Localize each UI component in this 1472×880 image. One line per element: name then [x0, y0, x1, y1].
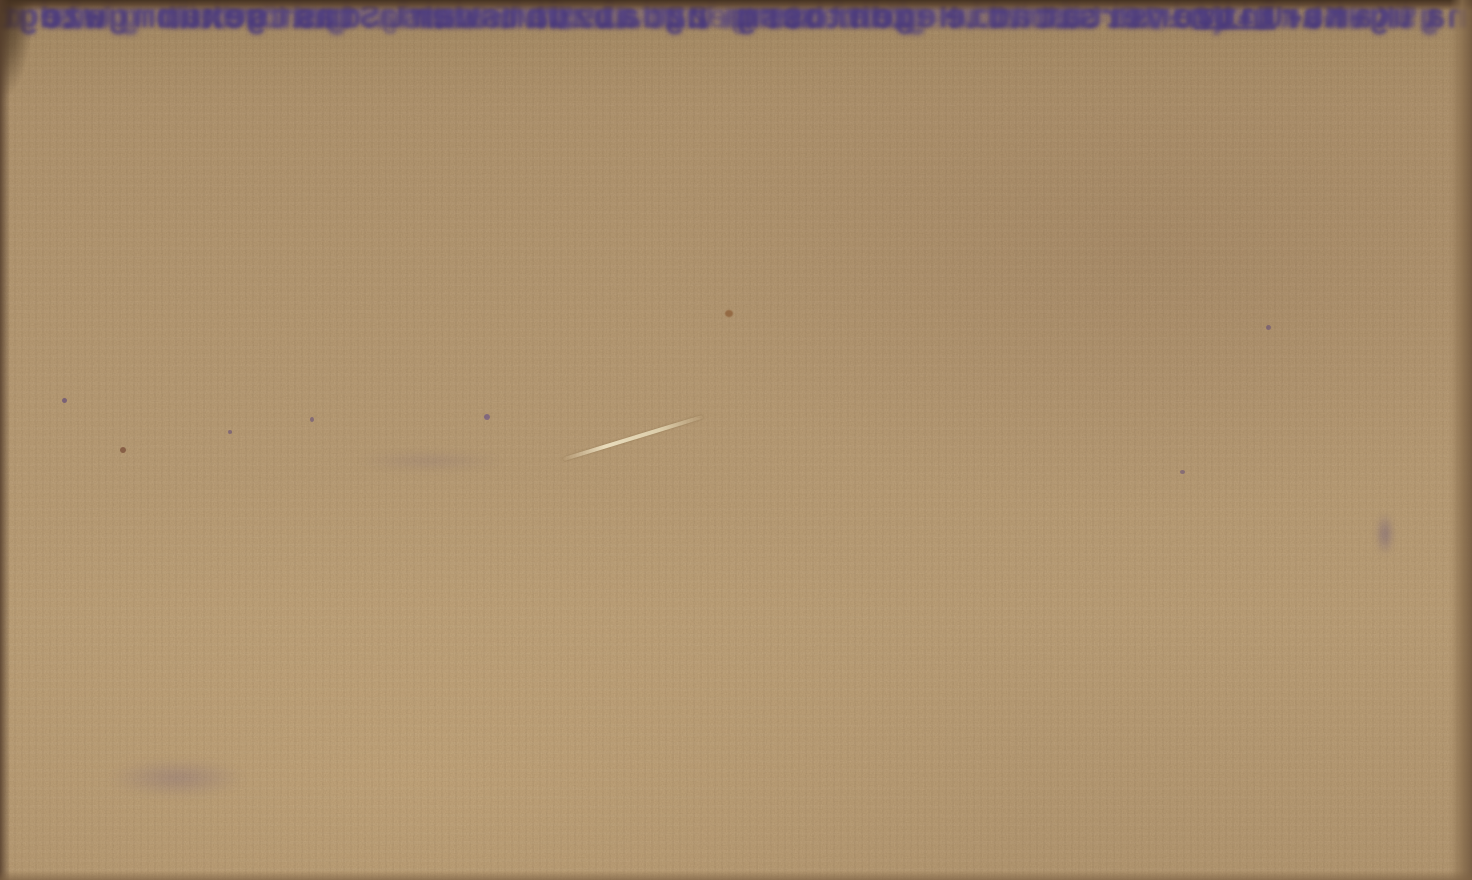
paper-fleck	[228, 430, 232, 434]
worn-edge-bottom	[0, 871, 1472, 880]
paper-texture	[0, 0, 1472, 880]
paper-fleck	[120, 447, 126, 453]
paper-fleck	[310, 417, 314, 422]
ink-smudge	[1372, 505, 1398, 563]
bleedthrough-text-line-9: 24/95 65	[280, 0, 580, 30]
paper-fleck	[484, 414, 490, 420]
bleedthrough-fragment-bottom-right: de	[1325, 0, 1395, 27]
ink-smudge	[85, 752, 270, 804]
paper-fleck	[62, 398, 67, 403]
scanned-paper-card: { "scan": { "description_tokens": ["Karl…	[0, 0, 1472, 880]
paper-fleck	[725, 310, 733, 317]
worn-edge-left	[0, 0, 10, 880]
paper-fleck	[1180, 470, 1185, 474]
paper-grain	[0, 0, 1472, 880]
paper-scratch	[563, 415, 704, 462]
ink-smudge	[330, 448, 530, 474]
bleedthrough-text-line-8: whesal gam übsmdal gehörtz wasmdal ghesm…	[90, 0, 1210, 31]
paper-fleck	[1266, 325, 1271, 330]
worn-edge-right	[1450, 0, 1472, 880]
